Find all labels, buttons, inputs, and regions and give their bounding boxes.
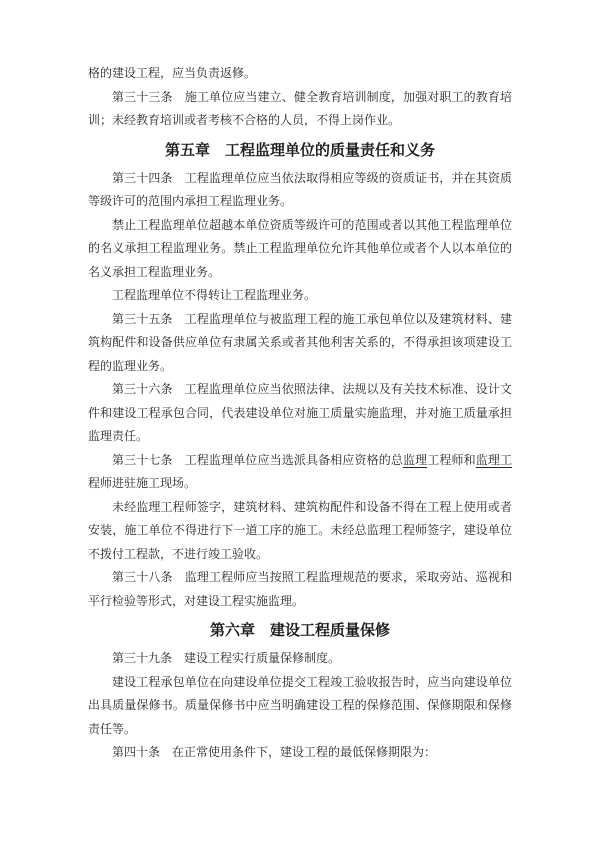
para-article-34-2: 禁止工程监理单位超越本单位资质等级许可的范围或者以其他工程监理单位的名义承担工程…: [88, 214, 512, 285]
para-article-33: 第三十三条 施工单位应当建立、健全教育培训制度，加强对职工的教育培训；未经教育培…: [88, 86, 512, 133]
document-page: 格的建设工程，应当负责返修。 第三十三条 施工单位应当建立、健全教育培训制度，加…: [0, 0, 600, 848]
para-article-34-3: 工程监理单位不得转让工程监理业务。: [88, 284, 512, 308]
para-article-39-2: 建设工程承包单位在向建设单位提交工程竣工验收报告时，应当向建设单位出具质量保修书…: [88, 671, 512, 742]
para-article-37-2: 未经监理工程师签字，建筑材料、建筑构配件和设备不得在工程上使用或者安装，施工单位…: [88, 496, 512, 567]
text-segment: 工程师和: [427, 453, 476, 467]
text-segment: 程师进驻施工现场。: [88, 476, 196, 490]
para-article-35: 第三十五条 工程监理单位与被监理工程的施工承包单位以及建筑材料、建筑构配件和设备…: [88, 308, 512, 379]
underlined-text: 监理: [403, 453, 427, 467]
chapter-5-heading: 第五章 工程监理单位的质量责任和义务: [88, 138, 512, 164]
underlined-text: 监理工: [476, 453, 512, 467]
para-article-39: 第三十九条 建设工程实行质量保修制度。: [88, 647, 512, 671]
chapter-6-heading: 第六章 建设工程质量保修: [88, 618, 512, 644]
para-article-36: 第三十六条 工程监理单位应当依照法律、法规以及有关技术标准、设计文件和建设工程承…: [88, 378, 512, 449]
para-continuation-article-32: 格的建设工程，应当负责返修。: [88, 62, 512, 86]
para-article-34: 第三十四条 工程监理单位应当依法取得相应等级的资质证书，并在其资质等级许可的范围…: [88, 167, 512, 214]
para-article-38: 第三十八条 监理工程师应当按照工程监理规范的要求，采取旁站、巡视和平行检验等形式…: [88, 566, 512, 613]
para-article-40: 第四十条 在正常使用条件下，建设工程的最低保修期限为：: [88, 741, 512, 765]
text-segment: 第三十七条 工程监理单位应当选派具备相应资格的总: [112, 453, 403, 467]
para-article-37: 第三十七条 工程监理单位应当选派具备相应资格的总监理工程师和监理工程师进驻施工现…: [88, 449, 512, 496]
